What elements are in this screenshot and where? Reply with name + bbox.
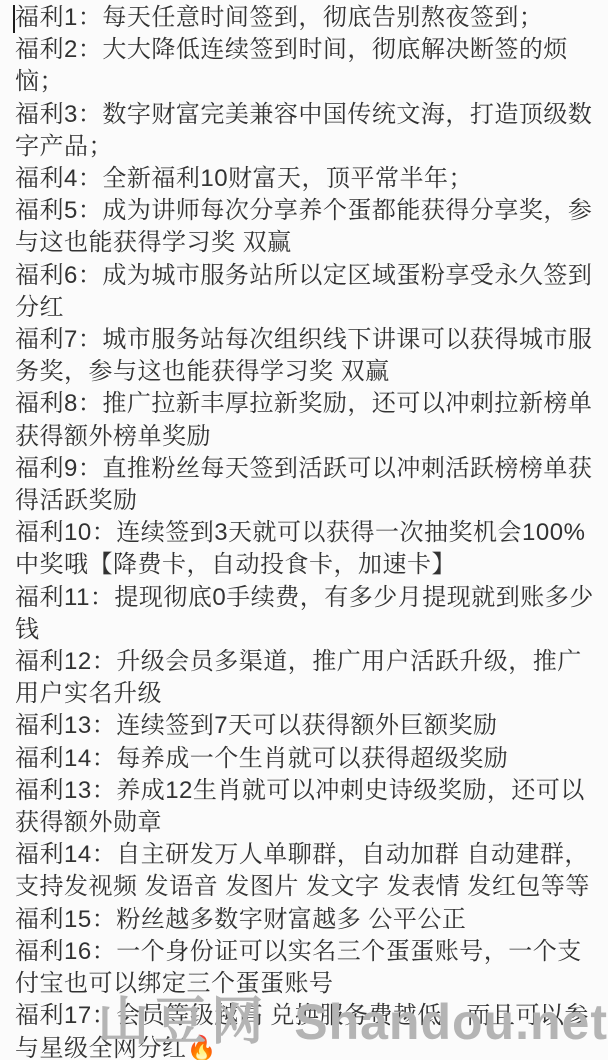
benefit-item: 福利9：直推粉丝每天签到活跃可以冲刺活跃榜榜单获得活跃奖励 [15,453,598,517]
benefit-item: 福利14：每养成一个生肖就可以获得超级奖励 [15,743,598,775]
benefit-item: 福利1：每天任意时间签到，彻底告别熬夜签到； [15,2,598,34]
benefit-item: 福利12：升级会员多渠道，推广用户活跃升级，推广用户实名升级 [15,646,598,710]
benefit-item: 福利2：大大降低连续签到时间，彻底解决断签的烦恼； [15,34,598,98]
benefit-item: 福利3：数字财富完美兼容中国传统文海，打造顶级数字产品； [15,99,598,163]
benefit-item: 福利5：成为讲师每次分享养个蛋都能获得分享奖，参与这也能获得学习奖 双赢 [15,195,598,259]
benefit-item: 福利6：成为城市服务站所以定区域蛋粉享受永久签到分红 [15,260,598,324]
benefit-item: 福利16：一个身份证可以实名三个蛋蛋账号，一个支付宝也可以绑定三个蛋蛋账号 [15,936,598,1000]
benefit-item: 福利7：城市服务站每次组织线下讲课可以获得城市服务奖，参与这也能获得学习奖 双赢 [15,324,598,388]
benefit-item: 福利4：全新福利10财富天，顶平常半年； [15,163,598,195]
benefit-item: 福利10：连续签到3天就可以获得一次抽奖机会100%中奖哦【降费卡，自动投食卡，… [15,517,598,581]
benefit-item: 福利11：提现彻底0手续费，有多少月提现就到账多少钱 [15,582,598,646]
benefit-item: 福利13：养成12生肖就可以冲刺史诗级奖励，还可以获得额外勋章 [15,775,598,839]
benefits-list: 福利1：每天任意时间签到，彻底告别熬夜签到；福利2：大大降低连续签到时间，彻底解… [15,2,598,1060]
benefit-item: 福利15：粉丝越多数字财富越多 公平公正 [15,904,598,936]
benefit-item: 福利17：会员等级越高 兑换服务费越低，而且可以参与星级全网分红🔥 [15,1000,598,1060]
benefit-item: 福利14：自主研发万人单聊群，自动加群 自动建群，支持发视频 发语音 发图片 发… [15,839,598,903]
benefit-item: 福利13：连续签到7天可以获得额外巨额奖励 [15,710,598,742]
benefit-item: 福利8：推广拉新丰厚拉新奖励，还可以冲刺拉新榜单获得额外榜单奖励 [15,388,598,452]
